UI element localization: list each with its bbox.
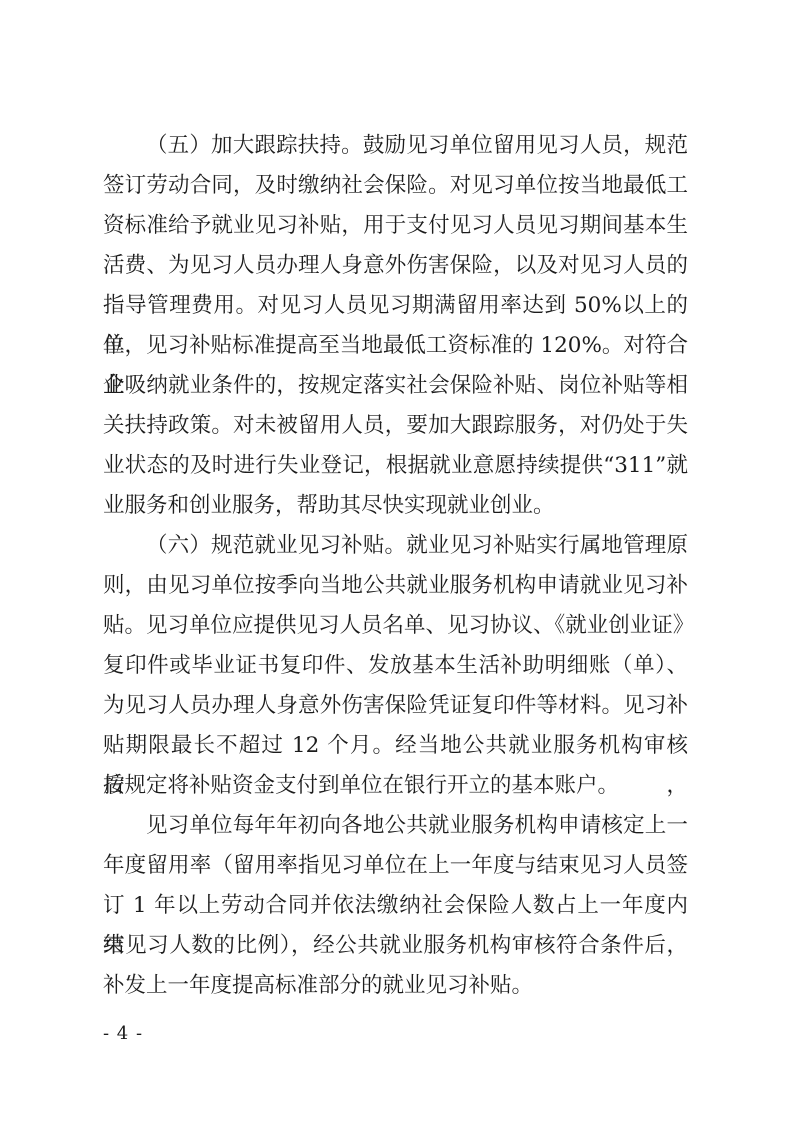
paragraph-retention-rate: 见习单位每年年初向各地公共就业服务机构申请核定上一 年度留用率（留用率指见习单位… xyxy=(103,806,688,1006)
text-line: 复印件或毕业证书复印件、发放基本生活补助明细账（单）、 xyxy=(103,646,688,686)
text-line: 见习单位每年年初向各地公共就业服务机构申请核定上一 xyxy=(103,806,688,846)
document-page: （五）加大跟踪扶持。鼓励见习单位留用见习人员，规范 签订劳动合同，及时缴纳社会保… xyxy=(0,0,793,1122)
text-line: （六）规范就业见习补贴。就业见习补贴实行属地管理原 xyxy=(103,526,688,566)
text-line: 位，见习补贴标准提高至当地最低工资标准的 120%。对符合企 xyxy=(103,326,688,366)
text-line: 签订劳动合同，及时缴纳社会保险。对见习单位按当地最低工 xyxy=(103,166,688,206)
text-line: 业吸纳就业条件的，按规定落实社会保险补贴、岗位补贴等相 xyxy=(103,366,688,406)
text-line: 活费、为见习人员办理人身意外伤害保险，以及对见习人员的 xyxy=(103,246,688,286)
text-line: （五）加大跟踪扶持。鼓励见习单位留用见习人员，规范 xyxy=(103,126,688,166)
text-line: 按规定将补贴资金支付到单位在银行开立的基本账户。 xyxy=(103,766,688,806)
text-line: 订 1 年以上劳动合同并依法缴纳社会保险人数占上一年度内结 xyxy=(103,886,688,926)
text-line: 束见习人数的比例），经公共就业服务机构审核符合条件后， xyxy=(103,926,688,966)
page-number: - 4 - xyxy=(103,1022,143,1046)
text-line: 关扶持政策。对未被留用人员，要加大跟踪服务，对仍处于失 xyxy=(103,406,688,446)
text-line: 贴。见习单位应提供见习人员名单、见习协议、《就业创业证》 xyxy=(103,606,688,646)
paragraph-6-standardize-subsidy: （六）规范就业见习补贴。就业见习补贴实行属地管理原 则，由见习单位按季向当地公共… xyxy=(103,526,688,806)
text-line: 业服务和创业服务，帮助其尽快实现就业创业。 xyxy=(103,486,688,526)
text-line: 业状态的及时进行失业登记，根据就业意愿持续提供“311”就 xyxy=(103,446,688,486)
document-body: （五）加大跟踪扶持。鼓励见习单位留用见习人员，规范 签订劳动合同，及时缴纳社会保… xyxy=(103,126,688,1006)
paragraph-5-follow-up-support: （五）加大跟踪扶持。鼓励见习单位留用见习人员，规范 签订劳动合同，及时缴纳社会保… xyxy=(103,126,688,526)
text-line: 则，由见习单位按季向当地公共就业服务机构申请就业见习补 xyxy=(103,566,688,606)
text-line: 年度留用率（留用率指见习单位在上一年度与结束见习人员签 xyxy=(103,846,688,886)
text-line: 资标准给予就业见习补贴，用于支付见习人员见习期间基本生 xyxy=(103,206,688,246)
text-line: 补发上一年度提高标准部分的就业见习补贴。 xyxy=(103,966,688,1006)
text-line: 为见习人员办理人身意外伤害保险凭证复印件等材料。见习补 xyxy=(103,686,688,726)
text-line: 贴期限最长不超过 12 个月。经当地公共就业服务机构审核后， xyxy=(103,726,688,766)
text-line: 指导管理费用。对见习人员见习期满留用率达到 50%以上的单 xyxy=(103,286,688,326)
